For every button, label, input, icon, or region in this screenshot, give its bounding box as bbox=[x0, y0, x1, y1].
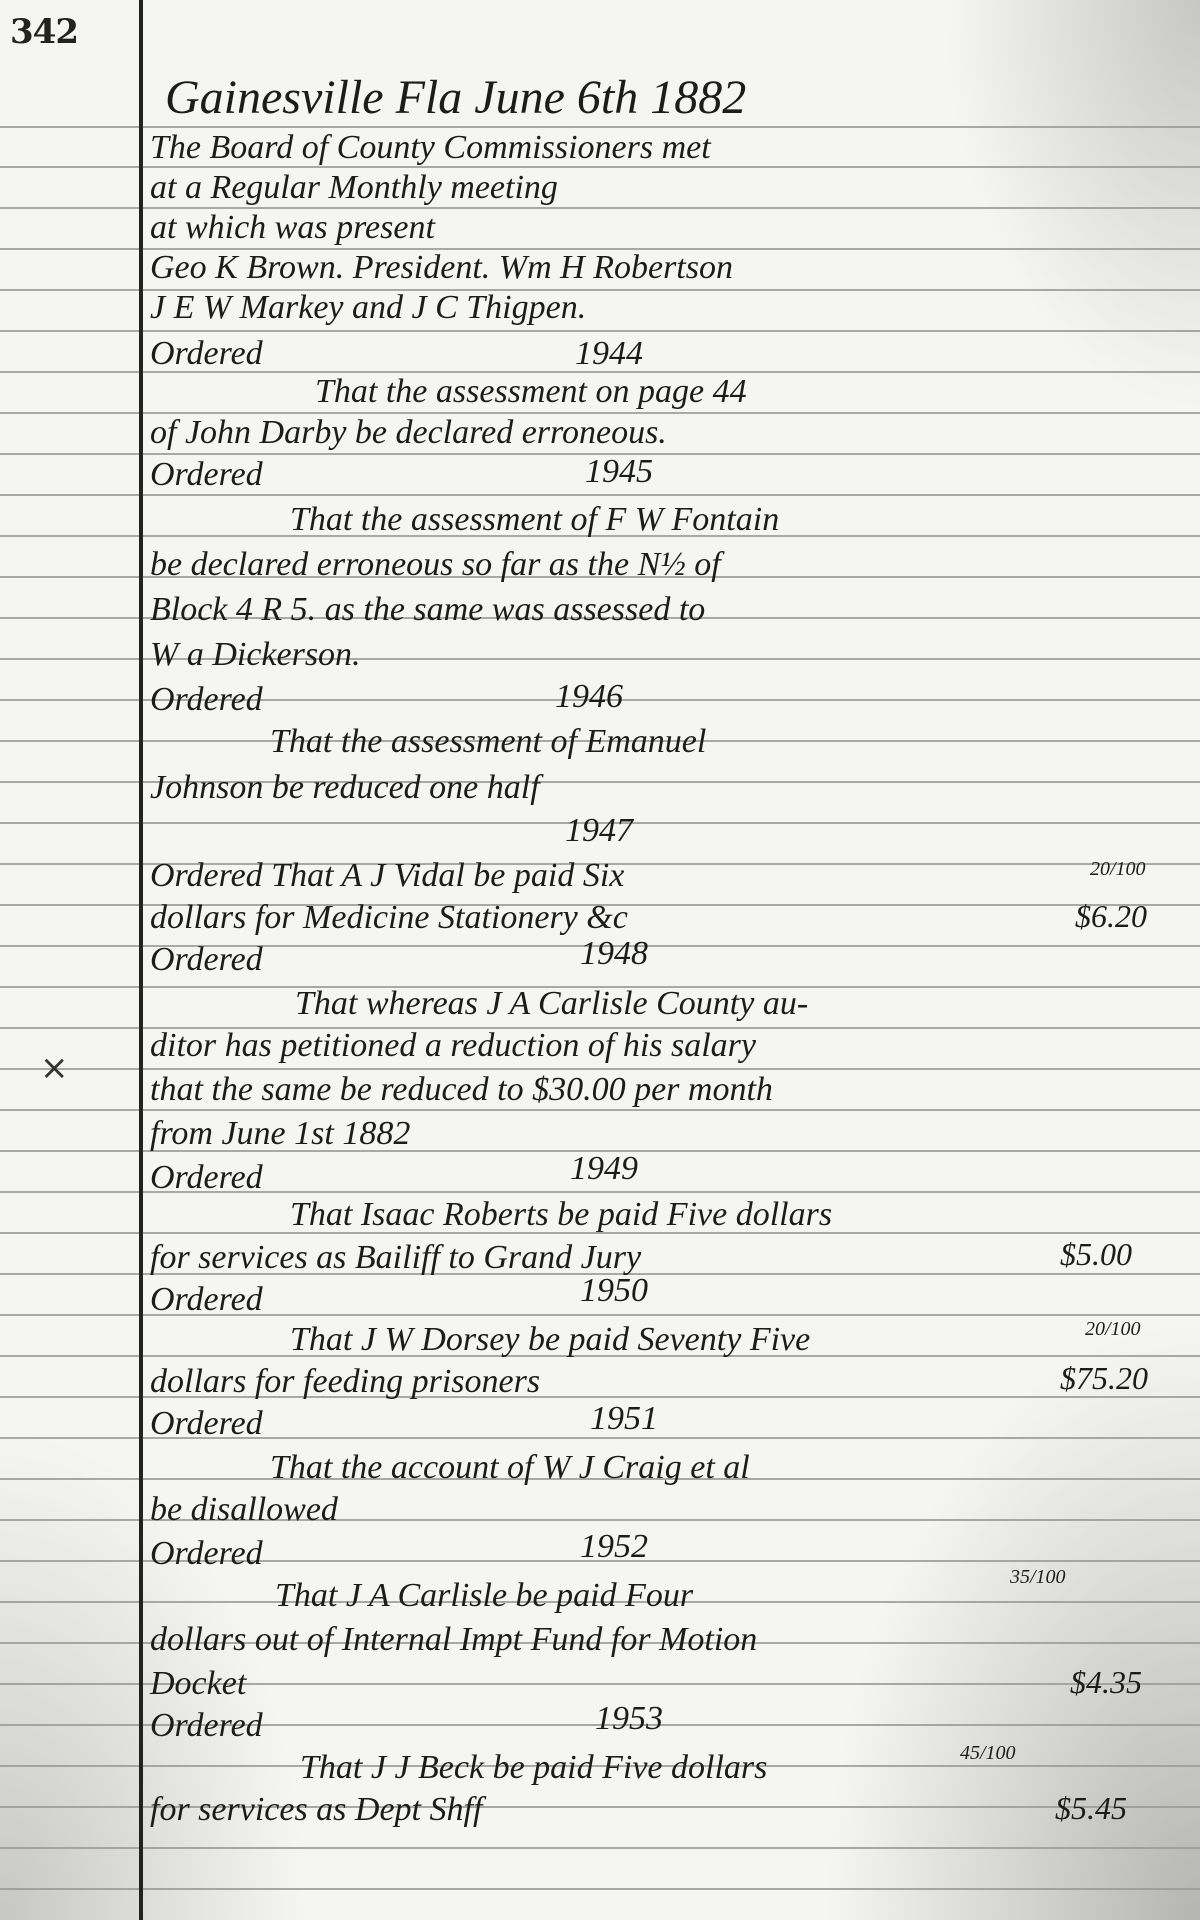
entry-label: Ordered bbox=[150, 1404, 263, 1444]
entry-line: That Isaac Roberts be paid Five dollars bbox=[290, 1195, 832, 1235]
entry-amount: $5.00 bbox=[1060, 1236, 1132, 1273]
entry-line: That the account of W J Craig et al bbox=[270, 1448, 750, 1488]
entry-label: Ordered bbox=[150, 334, 263, 374]
entry-line: Ordered That A J Vidal be paid Six bbox=[150, 856, 624, 896]
entry-line: That J W Dorsey be paid Seventy Five bbox=[290, 1320, 810, 1360]
rule-line bbox=[0, 1888, 1200, 1890]
entry-amount: $6.20 bbox=[1075, 898, 1147, 935]
entry-line: That whereas J A Carlisle County au- bbox=[295, 984, 808, 1024]
preamble-line: Geo K Brown. President. Wm H Robertson bbox=[150, 248, 733, 288]
entry-line: that the same be reduced to $30.00 per m… bbox=[150, 1070, 773, 1110]
entry-line: That the assessment on page 44 bbox=[315, 372, 747, 412]
entry-number: 1944 bbox=[575, 335, 643, 373]
entry-amount: $75.20 bbox=[1060, 1360, 1148, 1397]
entry-line: That the assessment of Emanuel bbox=[270, 722, 706, 762]
entry-label: Ordered bbox=[150, 1158, 263, 1198]
entry-label: Ordered bbox=[150, 455, 263, 495]
entry-line: Docket bbox=[150, 1664, 246, 1704]
entry-number: 1946 bbox=[555, 678, 623, 716]
preamble-line: J E W Markey and J C Thigpen. bbox=[150, 288, 586, 328]
entry-line: be declared erroneous so far as the N½ o… bbox=[150, 545, 721, 585]
entry-number: 1952 bbox=[580, 1528, 648, 1566]
entry-fraction: 35/100 bbox=[1010, 1566, 1066, 1589]
entry-amount: $5.45 bbox=[1055, 1790, 1127, 1827]
entry-line: ditor has petitioned a reduction of his … bbox=[150, 1026, 756, 1066]
entry-line: for services as Dept Shff bbox=[150, 1790, 482, 1830]
entry-fraction: 45/100 bbox=[960, 1742, 1016, 1765]
entry-number: 1949 bbox=[570, 1150, 638, 1188]
entry-number: 1948 bbox=[580, 935, 648, 973]
entry-label: Ordered bbox=[150, 1280, 263, 1320]
entry-line: That J A Carlisle be paid Four bbox=[275, 1576, 693, 1616]
preamble-line: The Board of County Commissioners met bbox=[150, 128, 711, 168]
entry-amount: $4.35 bbox=[1070, 1664, 1142, 1701]
entry-line: for services as Bailiff to Grand Jury bbox=[150, 1238, 641, 1278]
entry-label: Ordered bbox=[150, 680, 263, 720]
entry-line: Block 4 R 5. as the same was assessed to bbox=[150, 590, 705, 630]
entry-number: 1951 bbox=[590, 1400, 658, 1438]
preamble-line: at a Regular Monthly meeting bbox=[150, 168, 558, 208]
rule-line bbox=[0, 1847, 1200, 1849]
entry-line: of John Darby be declared erroneous. bbox=[150, 413, 667, 453]
entry-line: dollars for Medicine Stationery &c bbox=[150, 898, 628, 938]
entry-line: dollars out of Internal Impt Fund for Mo… bbox=[150, 1620, 757, 1660]
entry-line: from June 1st 1882 bbox=[150, 1114, 410, 1154]
place-date-heading: Gainesville Fla June 6th 1882 bbox=[165, 78, 746, 118]
entry-line: dollars for feeding prisoners bbox=[150, 1362, 540, 1402]
entry-label: Ordered bbox=[150, 1534, 263, 1574]
page-number: 342 bbox=[10, 12, 78, 52]
entry-line: be disallowed bbox=[150, 1490, 338, 1530]
entry-number: 1945 bbox=[585, 453, 653, 491]
entry-line: That J J Beck be paid Five dollars bbox=[300, 1748, 767, 1788]
entry-label: Ordered bbox=[150, 1706, 263, 1746]
entry-line: That the assessment of F W Fontain bbox=[290, 500, 779, 540]
entry-fraction: 20/100 bbox=[1090, 858, 1146, 881]
entry-number: 1947 bbox=[565, 812, 633, 850]
entry-line: W a Dickerson. bbox=[150, 635, 361, 675]
rule-line bbox=[0, 330, 1200, 332]
margin-cross-mark: × bbox=[40, 1048, 69, 1088]
entry-number: 1950 bbox=[580, 1272, 648, 1310]
ledger-page: 342 × Gainesville Fla June 6th 1882 The … bbox=[0, 0, 1200, 1920]
entry-fraction: 20/100 bbox=[1085, 1318, 1141, 1341]
entry-number: 1953 bbox=[595, 1700, 663, 1738]
entry-line: Johnson be reduced one half bbox=[150, 768, 540, 808]
preamble-line: at which was present bbox=[150, 208, 435, 248]
entry-label: Ordered bbox=[150, 940, 263, 980]
margin-rule bbox=[139, 0, 143, 1920]
